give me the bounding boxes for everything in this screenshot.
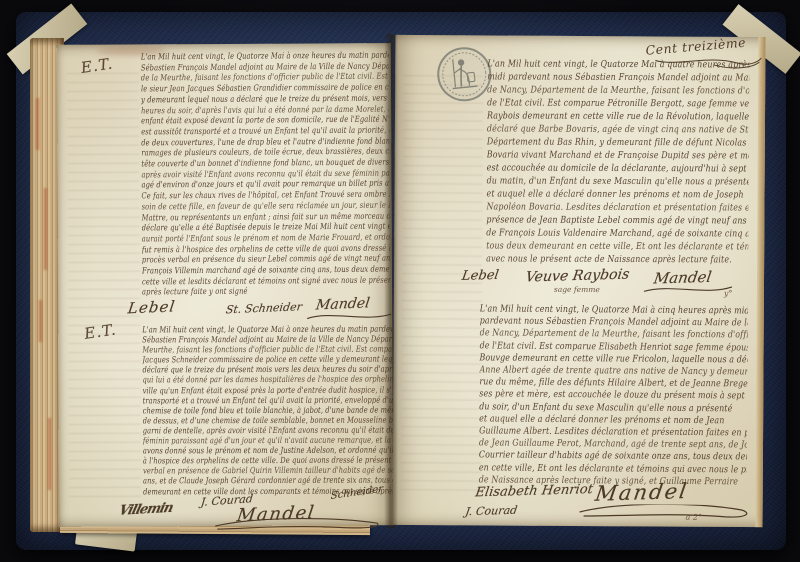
manuscript-line: ville qu'un Enfant était exposé près la …: [143, 384, 394, 395]
page-number-annotation: Cent treizième: [645, 35, 747, 58]
corner-paraph-mark: a 2°: [686, 513, 702, 522]
manuscript-line: midi pardevant nous Sébastien François M…: [487, 70, 749, 84]
signature: Veuve Raybois: [525, 267, 631, 286]
marbling-streak: [36, 98, 39, 150]
manuscript-line: est accouchée au domicile de la déclaran…: [487, 161, 750, 175]
manuscript-line: transporté et a trouvé un Enfant tel qu'…: [143, 394, 394, 405]
signature: Elisabeth Henriot: [474, 482, 594, 500]
marbling-streak: [44, 188, 47, 270]
manuscript-line: avec nous le présent acte de Naissance a…: [486, 252, 749, 266]
manuscript-line: de Nancy, Département de la Meurthe, fai…: [487, 83, 749, 97]
margin-note-enfant-trouve: E.T.: [83, 320, 118, 342]
manuscript-line: tous deux demeurant en cette ville, Et o…: [486, 239, 749, 253]
marbling-streak: [48, 418, 51, 490]
manuscript-line: déclaré que Barbe Bovaris, agée de vingt…: [487, 122, 749, 136]
marbling-streak: [39, 300, 42, 342]
signature: Lebel: [127, 297, 177, 317]
signature: St. Schneider: [225, 300, 303, 316]
signature-paraph: [574, 504, 758, 521]
signature-row: Villemin J. Courad Mandel Schneider: [109, 487, 399, 527]
signature: Mandel: [236, 502, 317, 526]
signature-row: Lebel Veuve Raybois sage femme Mandel y°: [462, 267, 742, 301]
signature-role-note: sage femme: [554, 285, 600, 294]
manuscript-line: de François Louis Valdenaire Marchand, a…: [486, 226, 749, 240]
manuscript-line: de l'Etat civil. Est comparue Pétronille…: [487, 96, 749, 110]
signature: Mandel: [315, 295, 371, 313]
manuscript-line: L'an Mil huit cent vingt, le Quatorze Ma…: [487, 57, 749, 71]
signature: Villemin: [117, 501, 174, 519]
manuscript-line: Napoléon Bovaria. Lesdites déclaration e…: [486, 200, 749, 214]
manuscript-line: et auquel elle a déclaré donner les prén…: [486, 187, 749, 201]
register-entry-birth-2: L'an Mil huit cent vingt, le Quatorze Ma…: [479, 303, 748, 489]
signature: Mandel: [594, 479, 690, 506]
manuscript-line: ans, et de Claude Joseph Gérard cordonni…: [143, 475, 393, 486]
signature-row: Lebel St. Schneider Mandel: [128, 295, 388, 322]
manuscript-line: chemise de toile fond bleu et toile blan…: [143, 404, 393, 415]
manuscript-line: qui lui a été donné par les dames hospit…: [142, 374, 393, 385]
left-page: E.T. L'an Mil huit cent vingt, le Quator…: [57, 43, 394, 527]
signature: J. Courad: [464, 504, 518, 518]
manuscript-line: Bovaria vivant Marchand et de Françoise …: [487, 148, 750, 162]
manuscript-line: Département du Bas Rhin, y demeurant fil…: [487, 135, 750, 149]
manuscript-line: Raybois demeurant en cette ville rue de …: [487, 109, 749, 123]
margin-note-enfant-trouve: E.T.: [80, 54, 115, 76]
signature-row: Elisabeth Henriot J. Courad Mandel a 2°: [448, 479, 748, 523]
signature: Mandel: [653, 268, 713, 288]
photograph-of-open-register-book: E.T. L'an Mil huit cent vingt, le Quator…: [0, 0, 800, 562]
register-entry-foundling-1: L'an Mil huit cent vingt, le Quatorze Ma…: [141, 50, 390, 299]
right-page: Cent treizième L'an Mil huit cent vingt,…: [393, 35, 766, 527]
manuscript-line: présence de Jean Baptiste Lebel commis a…: [486, 213, 749, 227]
lead-paraph-mark: y°: [724, 289, 733, 298]
ink-bleedthrough: [67, 72, 141, 502]
register-entry-foundling-2: L'an Mil huit cent vingt, le Quatorze Ma…: [142, 323, 393, 496]
manuscript-line: du matin, d'un Enfant du sexe Masculin q…: [487, 174, 750, 188]
signature: Lebel: [461, 268, 500, 284]
register-entry-birth-1: L'an Mil huit cent vingt, le Quatorze Ma…: [486, 57, 749, 268]
